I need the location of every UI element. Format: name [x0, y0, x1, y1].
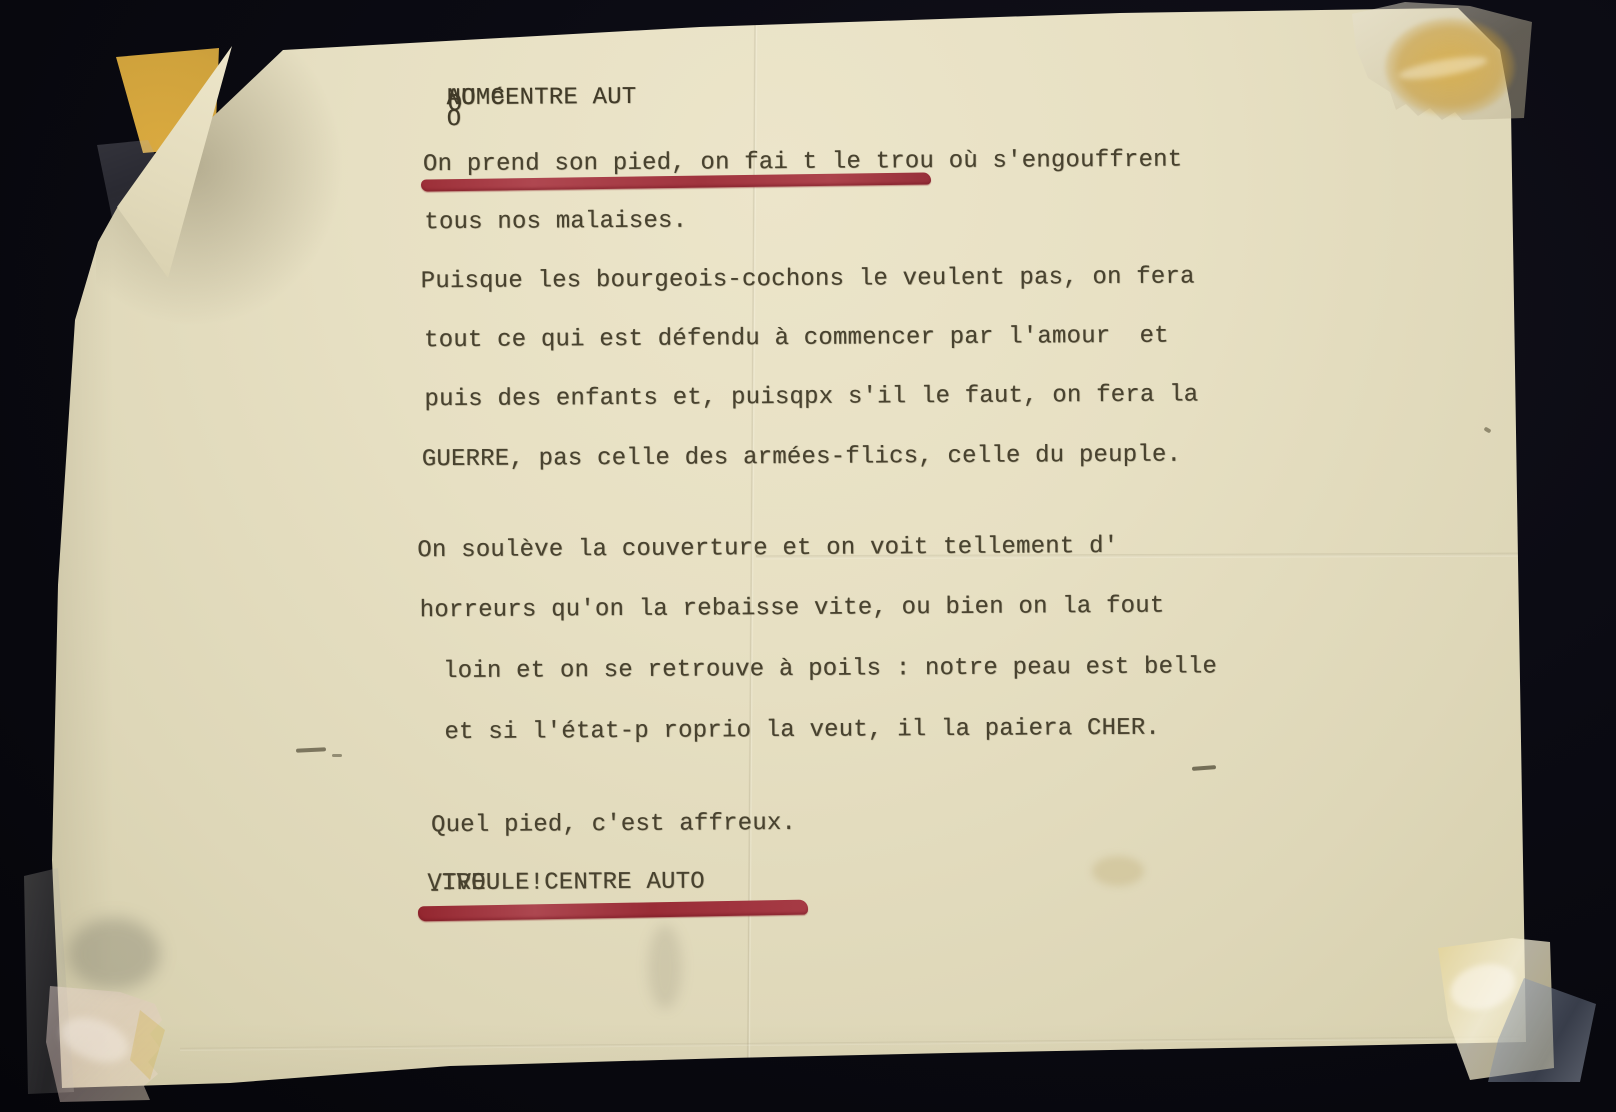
typewritten-line: loin et on se retrouve à poils : notre p… [443, 651, 1217, 688]
typewritten-line: tout ce qui est défendu à commencer par … [424, 321, 1169, 358]
typewritten-final-line: VIVE LE CENTRE AUTO-TROU ! [427, 868, 442, 900]
typewritten-line: tous nos malaises. [424, 206, 687, 240]
typewritten-line: GUERRE, pas celle des armées-flics, cell… [422, 440, 1182, 477]
dropped-hyphen: - [427, 875, 442, 907]
typewritten-line: Quel pied, c'est affreux. [431, 808, 796, 842]
pencil-speck [286, 35, 312, 40]
photo-of-flyer: AU CENTRE AUTOONOMé On prend son pied, o… [0, 0, 1616, 1112]
typewritten-text: AU CENTRE AUTOONOMé On prend son pied, o… [0, 0, 1616, 1112]
paper-sheet: AU CENTRE AUTOONOMé On prend son pied, o… [0, 0, 1616, 1112]
typewritten-line: On soulève la couverture et on voit tell… [417, 531, 1118, 567]
typewritten-line: puis des enfants et, puisqpx s'il le fau… [424, 379, 1198, 416]
typewritten-line: Puisque les bourgeois-cochons le veulent… [421, 262, 1195, 299]
typewritten-line: horreurs qu'on la rebaisse vite, ou bien… [420, 591, 1165, 628]
typewritten-line: et si l'état-p roprio la veut, il la pai… [444, 713, 1160, 749]
typewritten-line: On prend son pied, on fai t le trou où s… [423, 145, 1183, 182]
